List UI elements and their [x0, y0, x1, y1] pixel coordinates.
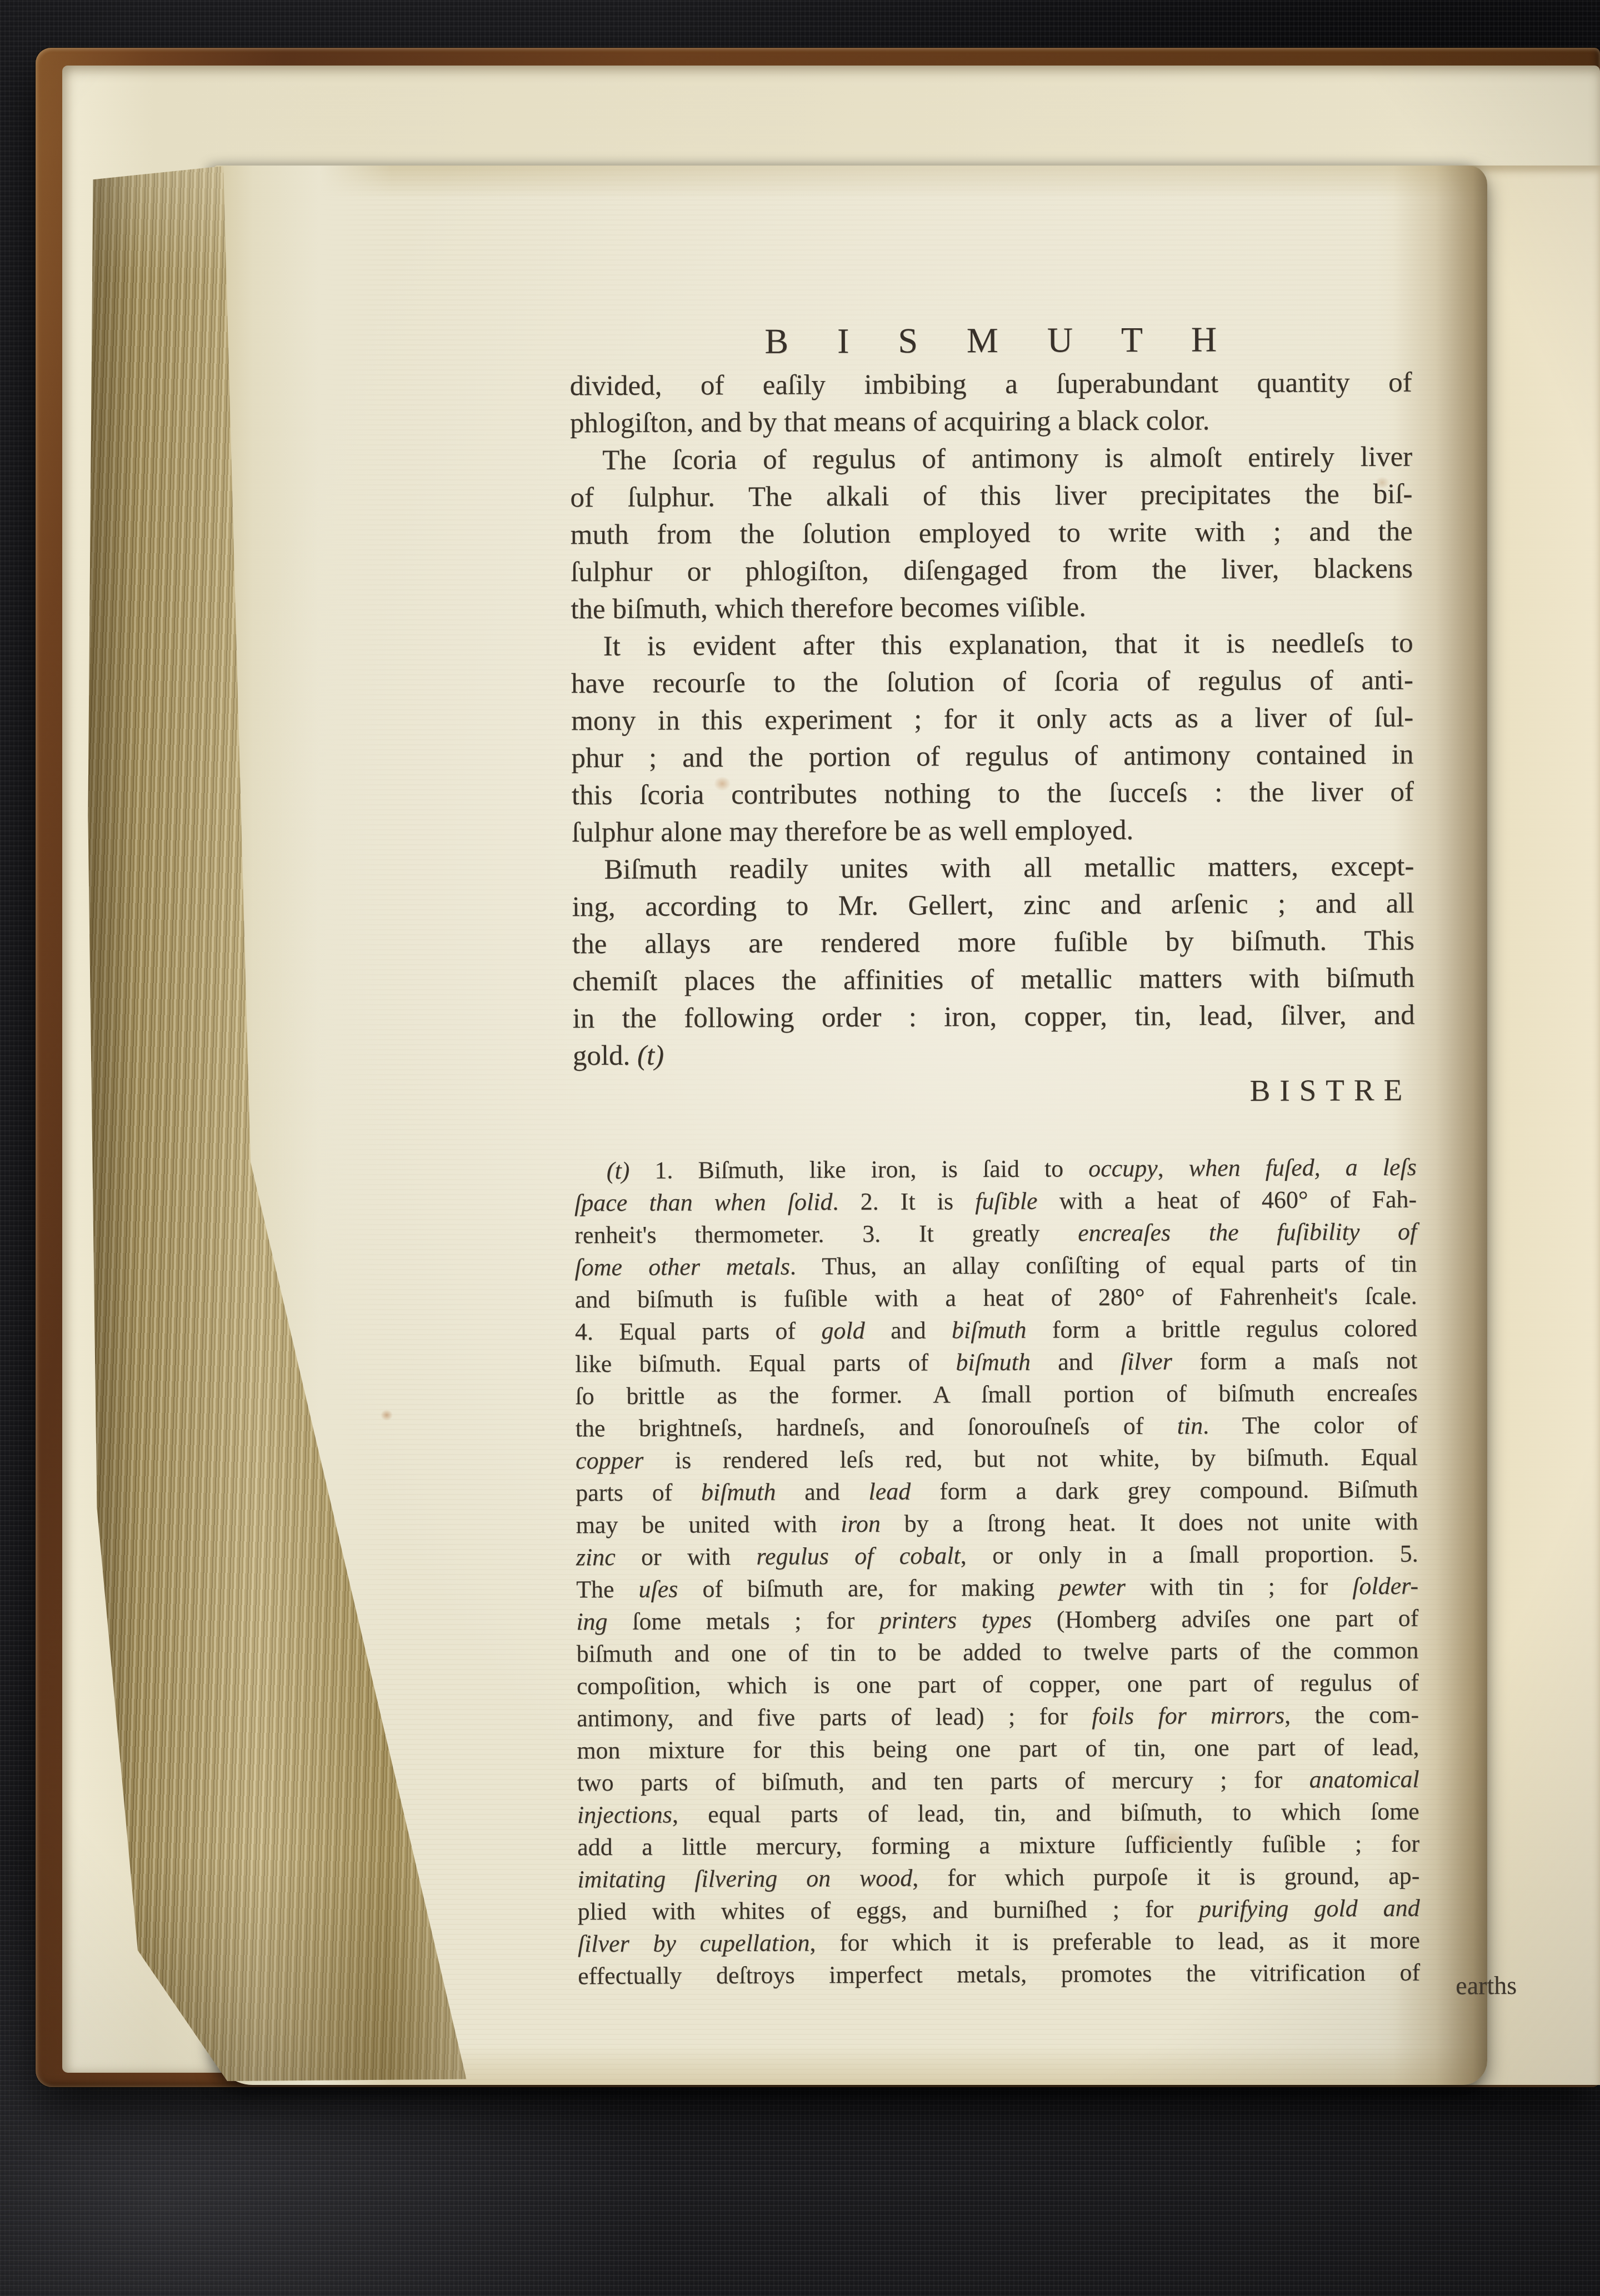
text-line: injections, equal parts of lead, tin, an… [577, 1796, 1419, 1832]
text-run: by a ſtrong heat. It does not unite with [881, 1508, 1418, 1537]
italic-run: ſolder- [1352, 1572, 1418, 1600]
italic-run: iron [841, 1510, 881, 1537]
text-run: ſo brittle as the former. A ſmall portio… [575, 1379, 1417, 1410]
text-run: Biſmuth readily unites with all metallic… [604, 851, 1414, 885]
text-run: ſulphur or phlogiſton, diſengaged from t… [571, 553, 1413, 588]
text-run: or with [616, 1543, 757, 1571]
italic-run: tin [1177, 1412, 1203, 1439]
text-line: like biſmuth. Equal parts of biſmuth and… [575, 1345, 1417, 1381]
text-line: compoſition, which is one part of copper… [577, 1667, 1419, 1703]
text-run: and [1031, 1348, 1121, 1376]
text-run: 4. Equal parts of [575, 1317, 822, 1345]
text-run: form a dark grey compound. Biſmuth [911, 1476, 1418, 1505]
text-run: It is evident after this explanation, th… [603, 628, 1413, 662]
footnote-text: (t) 1. Biſmuth, like iron, is ſaid to oc… [574, 1151, 1421, 1993]
italic-run: pewter [1059, 1573, 1126, 1601]
text-line: phur ; and the portion of regulus of ant… [571, 736, 1413, 778]
text-run: and biſmuth is fuſible with a heat of 28… [575, 1282, 1417, 1314]
text-line: (t) 1. Biſmuth, like iron, is ſaid to oc… [574, 1151, 1417, 1187]
text-line: gold. (t) [573, 1034, 1415, 1075]
text-run: with a heat of 460° of Fah- [1037, 1186, 1417, 1215]
text-line: The uſes of biſmuth are, for making pewt… [576, 1570, 1418, 1606]
text-line: ing, according to Mr. Gellert, zinc and … [572, 885, 1414, 926]
text-run: , the com- [1284, 1701, 1419, 1729]
text-line: The ſcoria of regulus of antimony is alm… [570, 439, 1412, 480]
text-run: 1. Biſmuth, like iron, is ſaid to [629, 1155, 1088, 1184]
text-run: and [776, 1478, 868, 1506]
text-run: and [865, 1316, 952, 1344]
text-line: ſome other metals. Thus, an allay conſiſ… [574, 1248, 1417, 1284]
text-run: the biſmuth, which therefore becomes viſ… [571, 591, 1086, 625]
text-run: form a brittle regulus colored [1026, 1315, 1417, 1343]
text-run: may be united with [576, 1510, 841, 1538]
italic-run: biſmuth [956, 1348, 1031, 1376]
text-run: of biſmuth are, for making [678, 1573, 1059, 1602]
text-run: this ſcoria contributes nothing to the ſ… [572, 776, 1414, 811]
text-run: divided, of eaſily imbibing a ſuperabund… [569, 367, 1412, 402]
text-line: mony in this experiment ; for it only ac… [571, 699, 1413, 740]
text-run: like biſmuth. Equal parts of [575, 1348, 956, 1377]
italic-run: gold [821, 1317, 864, 1344]
italic-run: imitating ſilvering on wood [577, 1864, 912, 1893]
text-run: , for which purpoſe it is ground, ap- [912, 1862, 1419, 1892]
text-run: ing, according to Mr. Gellert, zinc and … [572, 888, 1414, 923]
italic-run: biſmuth [701, 1478, 776, 1506]
italic-run: ſilver [1121, 1348, 1172, 1375]
text-line: It is evident after this explanation, th… [571, 625, 1413, 666]
text-line: plied with whites of eggs, and burniſhed… [577, 1892, 1419, 1928]
text-line: may be united with iron by a ſtrong heat… [576, 1506, 1418, 1542]
text-run: The ſcoria of regulus of antimony is alm… [602, 442, 1412, 476]
section-catchword: BISTRE [1250, 1072, 1412, 1108]
text-line: phlogiſton, and by that means of acquiri… [570, 402, 1412, 443]
text-run: , [1158, 1154, 1189, 1181]
text-run: , or only in a ſmall proportion. 5. [961, 1540, 1418, 1570]
text-run: ſome metals ; for [607, 1607, 879, 1635]
text-line: this ſcoria contributes nothing to the ſ… [572, 774, 1414, 815]
text-run: the brightneſs, hardneſs, and ſonorouſne… [576, 1412, 1177, 1442]
text-run: add a little mercury, forming a mixture … [577, 1830, 1419, 1861]
italic-run: foils for mirrors [1092, 1702, 1284, 1730]
text-line: chemiſt places the affinities of metalli… [572, 960, 1414, 1001]
text-run: have recourſe to the ſolution of ſcoria … [571, 665, 1413, 700]
italic-run: occupy [1088, 1155, 1158, 1182]
italic-run: uſes [638, 1575, 678, 1602]
text-run: phlogiſton, and by that means of acquiri… [570, 405, 1210, 439]
italic-run: zinc [576, 1543, 616, 1571]
text-line: the brightneſs, hardneſs, and ſonorouſne… [576, 1409, 1418, 1445]
text-line: Biſmuth readily unites with all metallic… [572, 848, 1414, 889]
italic-run: injections [577, 1801, 672, 1829]
text-line: ſpace than when ſolid. 2. It is fuſible … [574, 1184, 1417, 1220]
text-line: parts of biſmuth and lead form a dark gr… [576, 1473, 1418, 1510]
text-run: with tin ; for [1126, 1572, 1353, 1601]
italic-run: ſome other metals [574, 1253, 790, 1281]
text-run: is rendered leſs red, but not white, by … [643, 1443, 1418, 1474]
text-line: zinc or with regulus of cobalt, or only … [576, 1538, 1418, 1574]
page-title: B I S M U T H [569, 318, 1412, 363]
text-run: renheit's thermometer. 3. It greatly [574, 1219, 1078, 1249]
text-line: biſmuth and one of tin to be added to tw… [576, 1635, 1418, 1671]
text-run: chemiſt places the affinities of metalli… [572, 962, 1414, 997]
page-text: B I S M U T H divided, of eaſily imbibin… [568, 0, 1421, 2296]
text-run: . Thus, an allay conſiſting of equal par… [790, 1250, 1417, 1280]
text-line: 4. Equal parts of gold and biſmuth form … [575, 1312, 1417, 1348]
text-run: compoſition, which is one part of copper… [577, 1669, 1419, 1700]
text-line: muth from the ſolution employed to write… [571, 513, 1413, 554]
text-line: ſilver by cupellation, for which it is p… [578, 1924, 1420, 1961]
text-run: in the following order : iron, copper, t… [572, 1000, 1414, 1035]
text-run: mony in this experiment ; for it only ac… [571, 702, 1413, 737]
text-run: . 2. It is [832, 1187, 975, 1215]
italic-run: regulus of cobalt [756, 1542, 960, 1570]
text-line: ſo brittle as the former. A ſmall portio… [575, 1377, 1417, 1413]
text-run: of ſulphur. The alkali of this liver pre… [570, 479, 1412, 514]
text-line: and biſmuth is fuſible with a heat of 28… [575, 1280, 1417, 1316]
text-line: divided, of eaſily imbibing a ſuperabund… [569, 364, 1412, 405]
italic-run: printers types [879, 1606, 1032, 1634]
text-run: phur ; and the portion of regulus of ant… [571, 739, 1413, 774]
text-run: The [576, 1576, 639, 1603]
italic-run: (t) [637, 1040, 664, 1071]
text-line: two parts of biſmuth, and ten parts of m… [577, 1763, 1419, 1799]
text-run: . The color of [1203, 1411, 1418, 1440]
text-run: parts of [576, 1478, 701, 1506]
text-run: plied with whites of eggs, and burniſhed… [577, 1895, 1199, 1925]
italic-run: ing [576, 1608, 607, 1635]
text-run: biſmuth and one of tin to be added to tw… [576, 1637, 1418, 1668]
text-run: , equal parts of lead, tin, and biſmuth,… [672, 1798, 1419, 1828]
italic-run: when fuſed, a leſs [1189, 1154, 1417, 1182]
text-run: two parts of biſmuth, and ten parts of m… [577, 1766, 1309, 1797]
italic-run: purifying gold and [1199, 1894, 1420, 1923]
photo-background: B I S M U T H divided, of eaſily imbibin… [0, 0, 1600, 2296]
italic-run: encreaſes the fuſibility of [1078, 1218, 1417, 1247]
text-run: muth from the ſolution employed to write… [571, 516, 1413, 551]
text-line: add a little mercury, forming a mixture … [577, 1828, 1419, 1864]
body-text: divided, of eaſily imbibing a ſuperabund… [569, 364, 1415, 1075]
italic-run: ſpace than when ſolid [574, 1188, 833, 1216]
page-catchword: earths [1456, 1971, 1517, 2000]
text-line: have recourſe to the ſolution of ſcoria … [571, 662, 1413, 703]
italic-run: (t) [607, 1157, 630, 1184]
text-run: ſulphur alone may therefore be as well e… [572, 815, 1133, 848]
text-line: copper is rendered leſs red, but not whi… [576, 1441, 1418, 1477]
text-line: imitating ſilvering on wood, for which p… [577, 1860, 1419, 1896]
text-line: the biſmuth, which therefore becomes viſ… [571, 588, 1413, 629]
text-run: gold. [573, 1040, 637, 1072]
italic-run: anatomical [1309, 1766, 1419, 1793]
text-run: the allays are rendered more fuſible by … [572, 925, 1414, 960]
text-line: antimony, and five parts of lead) ; for … [577, 1699, 1419, 1735]
text-run: effectually deſtroys imperfect metals, p… [578, 1959, 1420, 1990]
text-line: mon mixture for this being one part of t… [577, 1731, 1419, 1767]
text-line: the allays are rendered more fuſible by … [572, 923, 1414, 964]
text-line: ſulphur or phlogiſton, diſengaged from t… [571, 550, 1413, 591]
text-line: ſulphur alone may therefore be as well e… [572, 811, 1414, 852]
text-run: form a maſs not [1172, 1347, 1418, 1375]
text-run: mon mixture for this being one part of t… [577, 1733, 1419, 1764]
text-line: in the following order : iron, copper, t… [572, 997, 1414, 1038]
foxing-spot [381, 1410, 393, 1421]
text-line: renheit's thermometer. 3. It greatly enc… [574, 1216, 1417, 1252]
text-line: effectually deſtroys imperfect metals, p… [578, 1957, 1420, 1993]
italic-run: ſilver by cupellation [578, 1929, 810, 1957]
italic-run: fuſible [975, 1187, 1038, 1215]
italic-run: lead [868, 1478, 911, 1505]
text-run: , for which it is preferable to lead, as… [809, 1927, 1420, 1957]
italic-run: copper [576, 1447, 643, 1475]
text-line: of ſulphur. The alkali of this liver pre… [570, 476, 1412, 517]
italic-run: biſmuth [952, 1316, 1027, 1344]
text-line: ing ſome metals ; for printers types (Ho… [576, 1602, 1418, 1638]
text-run: (Homberg adviſes one part of [1032, 1605, 1418, 1633]
text-run: antimony, and five parts of lead) ; for [577, 1702, 1092, 1732]
